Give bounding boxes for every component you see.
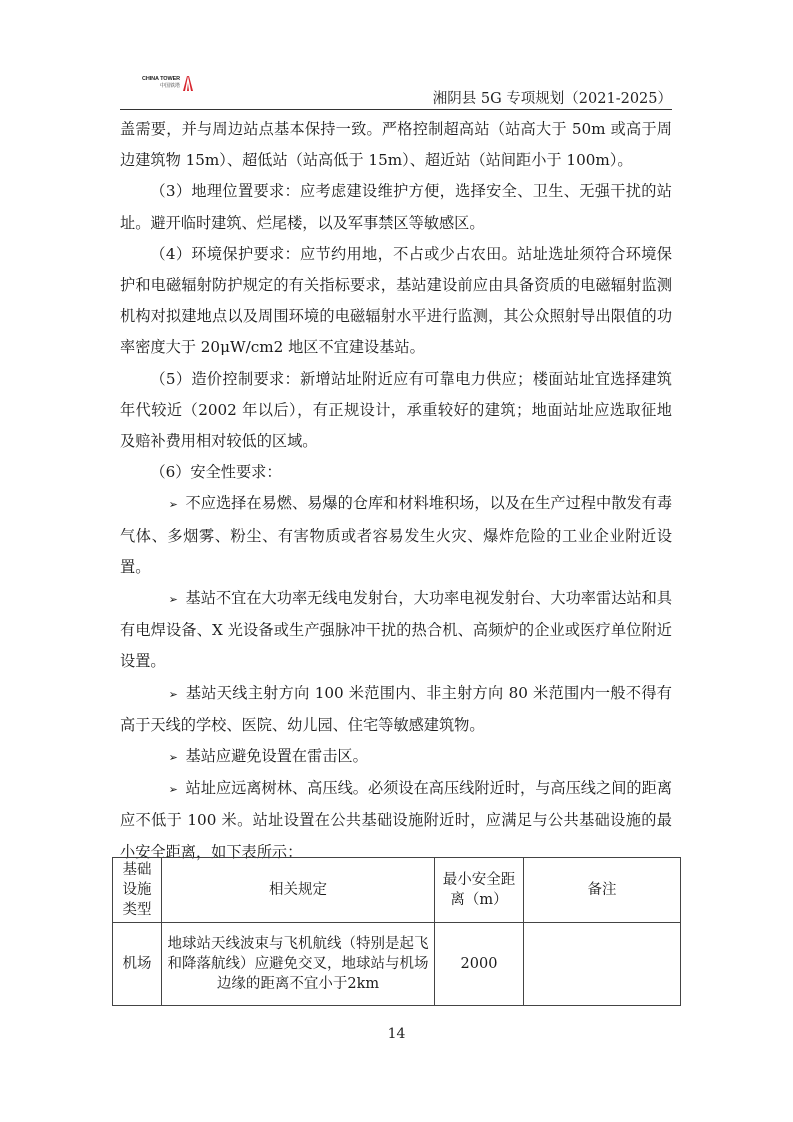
safety-distance-table: 基础设施类型 相关规定 最小安全距离（m） 备注 机场 地球站天线波束与飞机航线… bbox=[112, 857, 681, 1006]
arrow-bullet-icon: ➢ bbox=[169, 593, 178, 606]
header-min-distance: 最小安全距离（m） bbox=[435, 858, 524, 923]
china-tower-logo: CHINA TOWER 中国铁塔 bbox=[142, 72, 202, 94]
page-number: 14 bbox=[0, 1026, 793, 1042]
paragraph-environment-requirement: （4）环境保护要求：应节约用地，不占或少占农田。站址选址须符合环境保护和电磁辐射… bbox=[120, 239, 672, 364]
bullet-item: ➢基站不宜在大功率无线电发射台，大功率电视发射台、大功率雷达站和具有电焊设备、X… bbox=[120, 583, 672, 678]
logo-text-en: CHINA TOWER bbox=[142, 77, 180, 83]
table-row: 机场 地球站天线波束与飞机航线（特别是起飞和降落航线）应避免交叉，地球站与机场边… bbox=[113, 923, 681, 1006]
header-remarks: 备注 bbox=[524, 858, 681, 923]
bullet-item: ➢基站天线主射方向 100 米范围内、非主射方向 80 米范围内一般不得有高于天… bbox=[120, 678, 672, 741]
paragraph-continuation: 盖需要，并与周边站点基本保持一致。严格控制超高站（站高大于 50m 或高于周边建… bbox=[120, 114, 672, 176]
document-body: 盖需要，并与周边站点基本保持一致。严格控制超高站（站高大于 50m 或高于周边建… bbox=[120, 114, 672, 868]
cell-remarks bbox=[524, 923, 681, 1006]
header-facility-type: 基础设施类型 bbox=[113, 858, 162, 923]
cell-regulation: 地球站天线波束与飞机航线（特别是起飞和降落航线）应避免交叉，地球站与机场边缘的距… bbox=[162, 923, 435, 1006]
header-divider bbox=[120, 109, 672, 110]
bullet-item: ➢基站应避免设置在雷击区。 bbox=[120, 741, 672, 773]
logo-text-cn: 中国铁塔 bbox=[160, 84, 180, 89]
bullet-item: ➢站址应远离树林、高压线。必须设在高压线附近时，与高压线之间的距离应不低于 10… bbox=[120, 773, 672, 868]
table-header-row: 基础设施类型 相关规定 最小安全距离（m） 备注 bbox=[113, 858, 681, 923]
arrow-bullet-icon: ➢ bbox=[169, 783, 178, 796]
paragraph-location-requirement: （3）地理位置要求：应考虑建设维护方便，选择安全、卫生、无强干扰的站址。避开临时… bbox=[120, 176, 672, 238]
china-tower-logo-icon bbox=[182, 75, 194, 91]
bullet-item: ➢不应选择在易燃、易爆的仓库和材料堆积场，以及在生产过程中散发有毒气体、多烟雾、… bbox=[120, 488, 672, 583]
paragraph-cost-requirement: （5）造价控制要求：新增站址附近应有可靠电力供应；楼面站址宜选择建筑年代较近（2… bbox=[120, 364, 672, 458]
header-regulation: 相关规定 bbox=[162, 858, 435, 923]
arrow-bullet-icon: ➢ bbox=[169, 688, 178, 701]
arrow-bullet-icon: ➢ bbox=[169, 751, 178, 764]
cell-min-distance: 2000 bbox=[435, 923, 524, 1006]
paragraph-safety-heading: （6）安全性要求： bbox=[120, 457, 672, 488]
document-header-title: 湘阴县 5G 专项规划（2021-2025） bbox=[433, 87, 672, 108]
cell-facility-type: 机场 bbox=[113, 923, 162, 1006]
arrow-bullet-icon: ➢ bbox=[169, 498, 178, 511]
